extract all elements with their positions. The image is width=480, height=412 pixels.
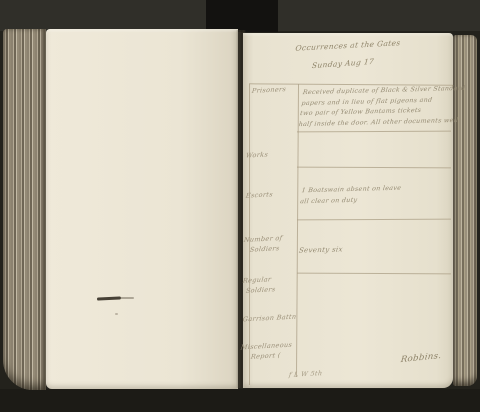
row-label-number-of: Number of <box>243 234 283 244</box>
table-left-rule <box>249 84 250 385</box>
row-label-works: Works <box>245 150 268 159</box>
photo-background: Occurrences at the Gates Sunday Aug 17 P… <box>0 0 480 412</box>
entry-line: all clear on duty <box>299 194 400 207</box>
left-page-edges <box>3 29 46 390</box>
footer-note: f L W 5th <box>288 369 323 379</box>
page-title: Occurrences at the Gates <box>282 38 414 54</box>
book-cradle-gap <box>206 0 278 32</box>
left-blank-page <box>46 29 238 389</box>
page-date: Sunday Aug 17 <box>297 56 389 71</box>
ink-speck <box>115 313 118 315</box>
row-rule-4 <box>297 273 451 275</box>
row-label-regular: Regular <box>242 275 271 284</box>
entry-prisoners: Received duplicate of Black & Silver Sta… <box>298 84 466 130</box>
ink-smudge-tail <box>120 297 134 299</box>
row-label-escorts: Escorts <box>245 190 273 199</box>
ink-smudge <box>97 296 121 300</box>
row-label-prisoners: Prisoners <box>251 85 286 95</box>
row-label-garrison-battn: Garrison Battn <box>242 313 297 324</box>
right-ledger-page: Occurrences at the Gates Sunday Aug 17 P… <box>243 33 453 388</box>
entry-number-of-soldiers: Seventy six <box>298 244 343 256</box>
row-rule-1 <box>297 131 451 133</box>
entry-escorts: 1 Boatswain absent on leave all clear on… <box>299 184 401 208</box>
row-label-regular-soldiers: Soldiers <box>245 285 276 295</box>
row-label-report: Report ( <box>250 351 281 361</box>
row-rule-3 <box>297 219 451 221</box>
signature: Robbins. <box>400 351 442 365</box>
row-rule-2 <box>297 167 451 169</box>
row-label-soldiers: Soldiers <box>249 244 280 254</box>
background-bottom-band <box>0 389 480 412</box>
row-label-miscellaneous: Miscellaneous <box>240 341 292 352</box>
